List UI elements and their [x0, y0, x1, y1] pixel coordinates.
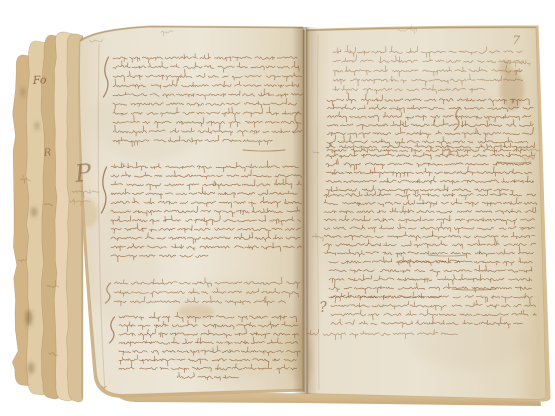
fore-edge-mark-fo: Fo — [31, 73, 47, 87]
gutter-shadow — [292, 27, 318, 394]
parchment-stain — [21, 87, 25, 97]
folio-numeral-7: 7 — [512, 33, 521, 48]
fore-edge-mark-r: R — [42, 147, 52, 159]
right-page: 7? — [297, 25, 551, 402]
parchment-stain — [35, 122, 39, 130]
manuscript-photo: FoRP7? — [0, 0, 555, 416]
parchment-stain — [90, 80, 210, 160]
parchment-stain — [32, 207, 37, 217]
parchment-stain — [160, 280, 300, 380]
manuscript-scene: FoRP7? — [0, 0, 555, 416]
fore-edge-leaves: FoR — [12, 32, 83, 402]
parchment-stain — [410, 310, 530, 370]
parchment-stain — [26, 310, 32, 326]
left-page: P — [70, 27, 305, 399]
parchment-stain — [500, 70, 524, 110]
parchment-stain — [178, 305, 214, 319]
parchment-stain — [28, 362, 34, 374]
